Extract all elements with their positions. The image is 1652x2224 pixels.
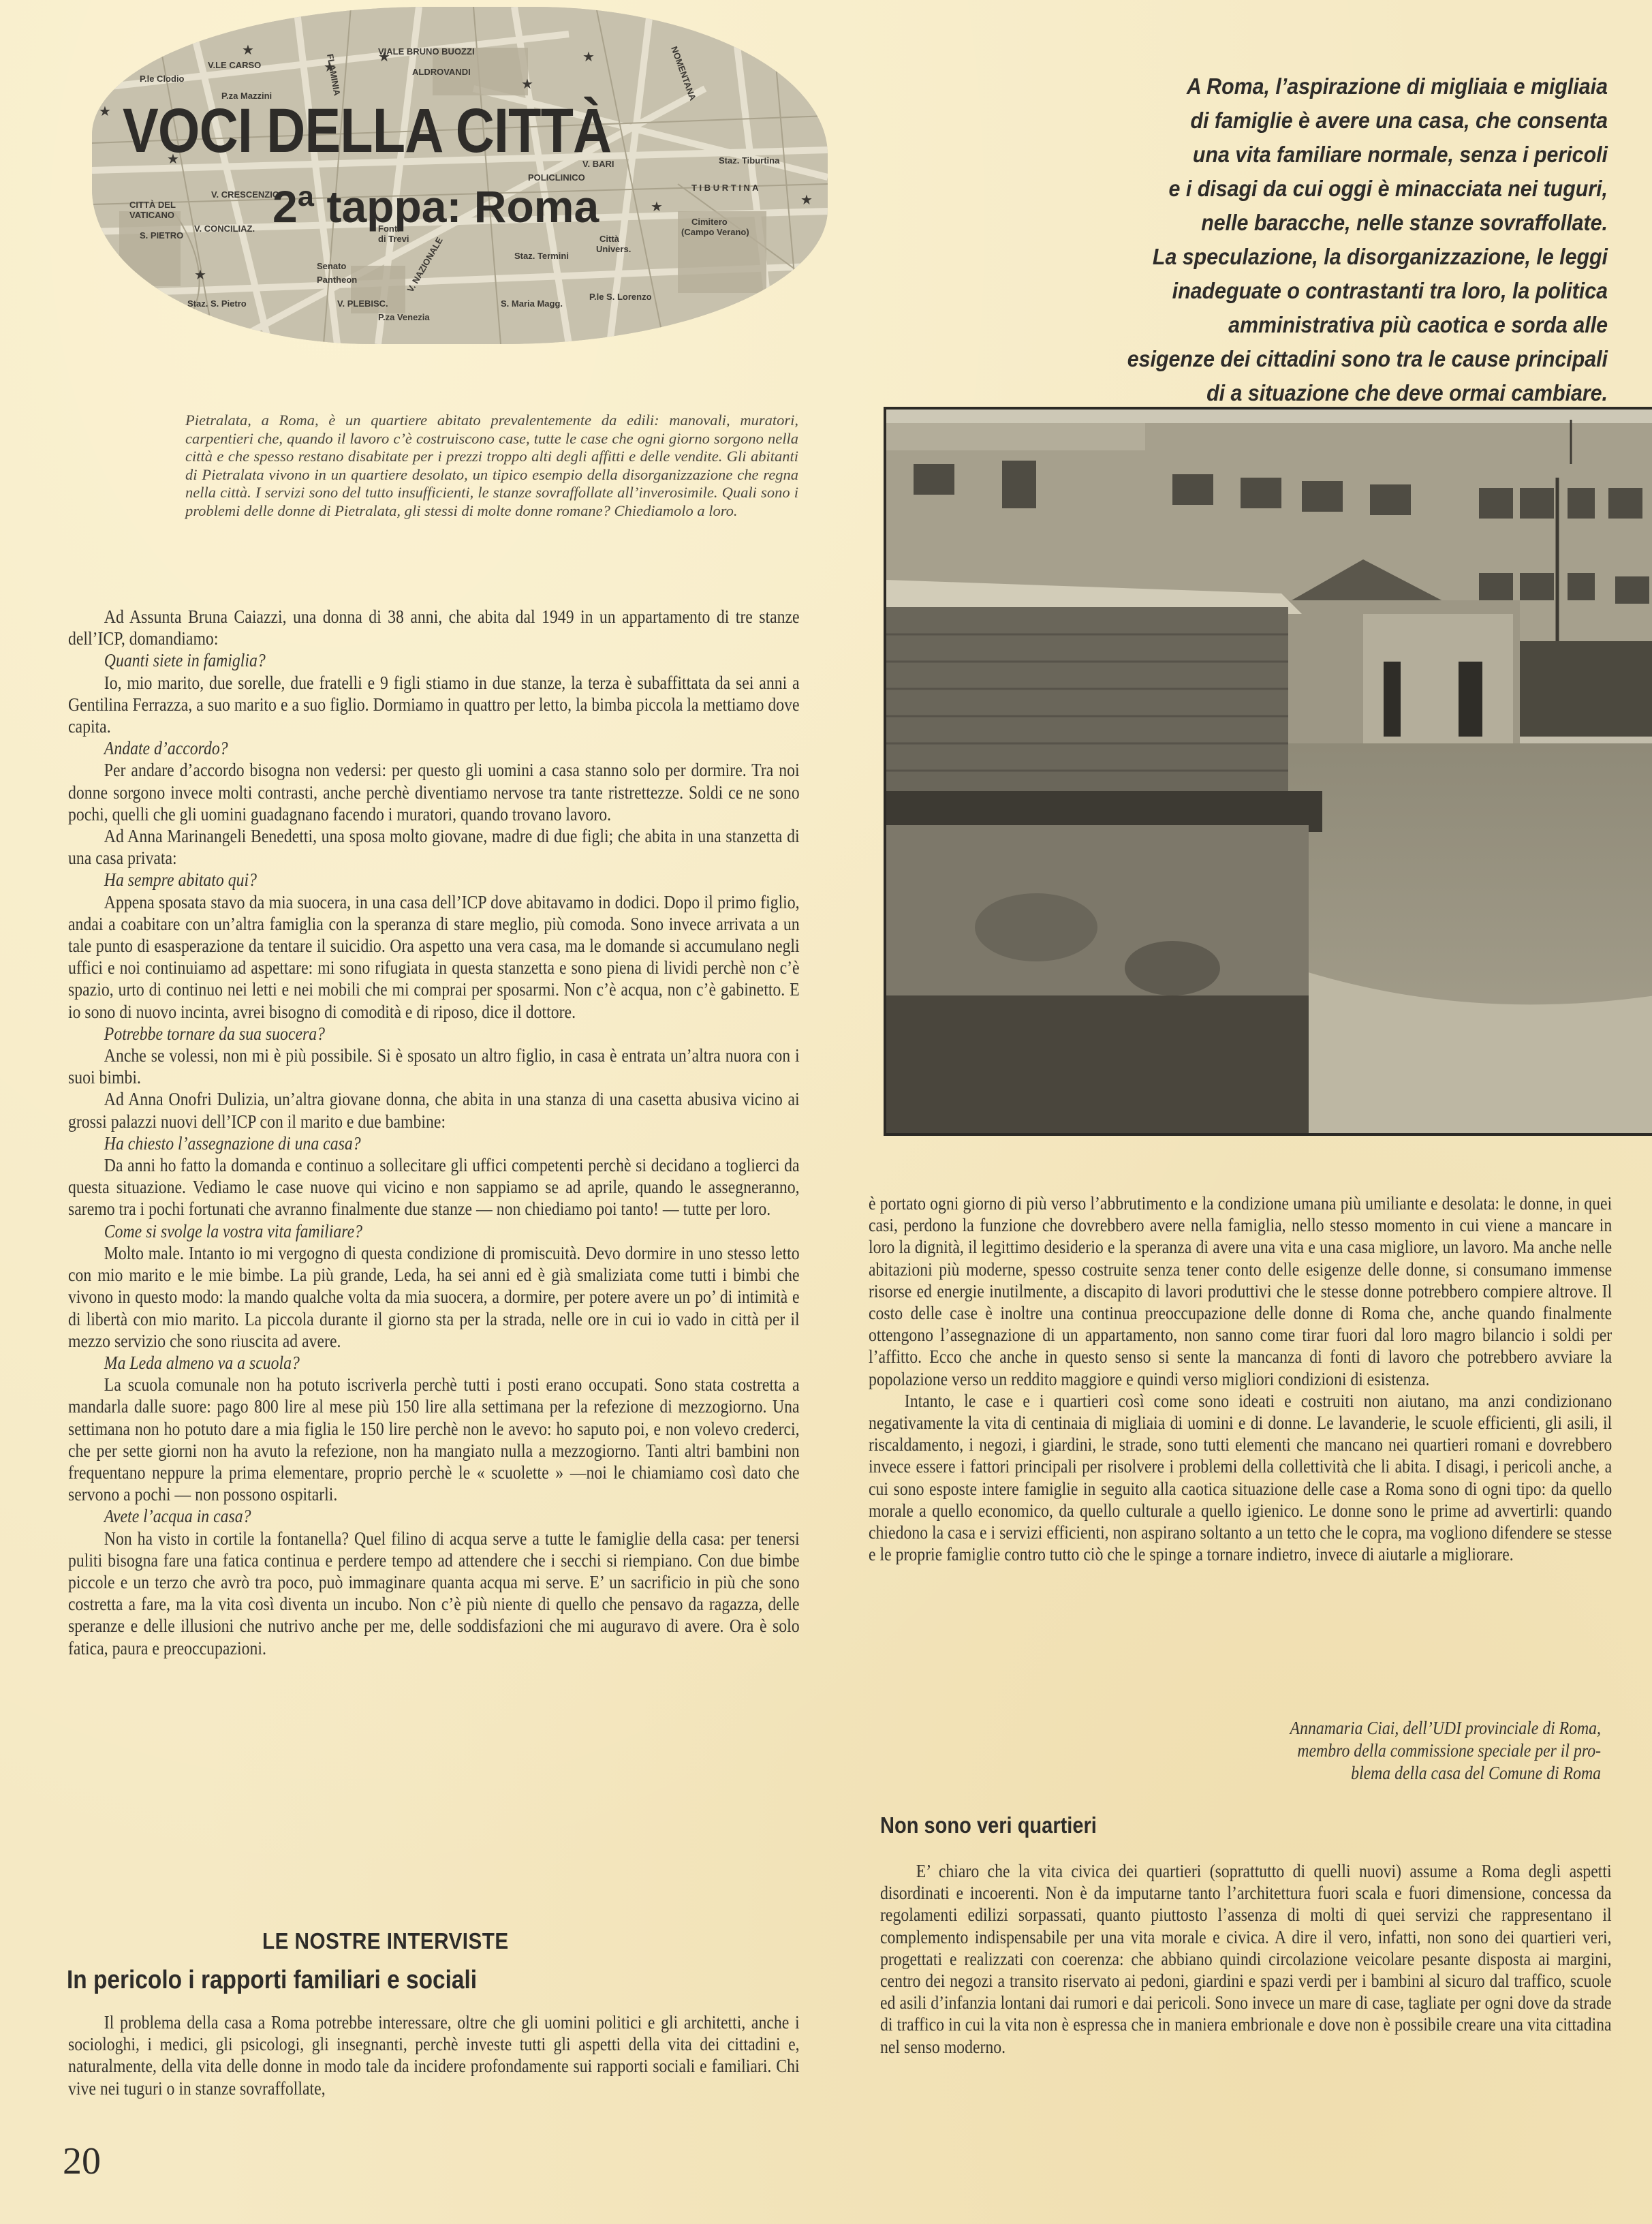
svg-text:V. CONCILIAZ.: V. CONCILIAZ. — [194, 223, 255, 234]
paragraph: Appena sposata stavo da mia suocera, in … — [68, 891, 800, 1023]
svg-text:CITTÀ DEL: CITTÀ DEL — [129, 200, 176, 210]
svg-text:V.LE CARSO: V.LE CARSO — [208, 60, 261, 70]
standfirst-line: nelle baracche, nelle stanze sovraffolla… — [975, 206, 1608, 240]
standfirst-line: amministrativa più caotica e sorda alle — [975, 308, 1608, 342]
standfirst-line: una vita familiare normale, senza i peri… — [975, 138, 1608, 172]
svg-text:★: ★ — [800, 193, 813, 208]
paragraph: Ad Anna Onofri Dulizia, un’altra giovane… — [68, 1088, 800, 1132]
interview-question: Come si svolge la vostra vita familiare? — [68, 1220, 800, 1242]
standfirst-line: di a situazione che deve ormai cambiare. — [975, 376, 1608, 410]
svg-text:V. PLEBISC.: V. PLEBISC. — [337, 298, 388, 309]
paragraph: Ad Assunta Bruna Caiazzi, una donna di 3… — [68, 606, 800, 649]
svg-text:P.le Clodio: P.le Clodio — [140, 74, 185, 84]
standfirst-line: inadeguate o contrastanti tra loro, la p… — [975, 274, 1608, 308]
standfirst-line: e i disagi da cui oggi è minacciata nei … — [975, 172, 1608, 206]
svg-text:★: ★ — [194, 268, 206, 283]
svg-text:★: ★ — [99, 104, 111, 119]
paragraph: E’ chiaro che la vita civica dei quartie… — [880, 1860, 1612, 2058]
paragraph: Anche se volessi, non mi è più possibile… — [68, 1045, 800, 1088]
article-body-right-bottom: E’ chiaro che la vita civica dei quartie… — [880, 1860, 1612, 2058]
interviews-column: Ad Assunta Bruna Caiazzi, una donna di 3… — [68, 606, 800, 1659]
interview-question: Potrebbe tornare da sua suocera? — [68, 1023, 800, 1045]
paragraph: La scuola comunale non ha potuto iscrive… — [68, 1374, 800, 1505]
paragraph: Non ha visto in cortile la fontanella? Q… — [68, 1528, 800, 1659]
svg-text:VATICANO: VATICANO — [129, 210, 174, 220]
svg-text:Staz. Termini: Staz. Termini — [514, 251, 569, 261]
interview-question: Ha sempre abitato qui? — [68, 869, 800, 891]
signature-line: Annamaria Ciai, dell’UDI provinciale di … — [1067, 1717, 1601, 1740]
subheading-not-real-neighborhoods: Non sono veri quartieri — [880, 1812, 1097, 1838]
svg-text:S. PIETRO: S. PIETRO — [140, 230, 183, 241]
paragraph: Ad Anna Marinangeli Benedetti, una sposa… — [68, 825, 800, 869]
svg-text:★: ★ — [582, 50, 595, 65]
interview-question: Ma Leda almeno va a scuola? — [68, 1352, 800, 1374]
standfirst-line: La speculazione, la disorganizzazione, l… — [975, 240, 1608, 274]
svg-text:(Campo Verano): (Campo Verano) — [681, 227, 749, 237]
paragraph: Per andare d’accordo bisogna non vedersi… — [68, 759, 800, 825]
page-title: VOCI DELLA CITTÀ — [123, 95, 720, 167]
interview-question: Quanti siete in famiglia? — [68, 649, 800, 671]
svg-text:V. CRESCENZIO: V. CRESCENZIO — [211, 189, 279, 200]
svg-text:ALDROVANDI: ALDROVANDI — [412, 67, 471, 77]
svg-text:Univers.: Univers. — [596, 244, 631, 254]
svg-text:di Trevi: di Trevi — [378, 234, 409, 244]
svg-text:S. Maria Magg.: S. Maria Magg. — [501, 298, 563, 309]
svg-text:★: ★ — [378, 50, 390, 65]
svg-text:Staz. S. Pietro: Staz. S. Pietro — [187, 298, 247, 309]
svg-text:P.le S. Lorenzo: P.le S. Lorenzo — [589, 292, 652, 302]
article-body-left: Il problema della casa a Roma potrebbe i… — [68, 2011, 800, 2099]
subheading-family-relations: In pericolo i rapporti familiari e socia… — [67, 1966, 477, 1995]
paragraph: Da anni ho fatto la domanda e continuo a… — [68, 1154, 800, 1220]
paragraph: Io, mio marito, due sorelle, due fratell… — [68, 672, 800, 738]
interview-question: Andate d’accordo? — [68, 737, 800, 759]
svg-text:Osservatorio: Osservatorio — [133, 26, 187, 36]
article-body-right: è portato ogni giorno di più verso l’abb… — [869, 1192, 1612, 1565]
svg-text:Pantheon: Pantheon — [317, 275, 357, 285]
svg-text:T I B U R T I N A: T I B U R T I N A — [691, 183, 759, 193]
interview-question: Avete l’acqua in casa? — [68, 1505, 800, 1527]
section-heading: LE NOSTRE INTERVISTE — [262, 1928, 509, 1954]
standfirst-line: di famiglie è avere una casa, che consen… — [975, 104, 1608, 138]
standfirst: A Roma, l’aspirazione di migliaia e migl… — [975, 69, 1608, 410]
signature-line: blema della casa del Comune di Roma — [1067, 1762, 1601, 1785]
svg-text:Città: Città — [599, 234, 620, 244]
svg-text:★: ★ — [521, 77, 533, 92]
interview-question: Ha chiesto l’assegnazione di una casa? — [68, 1132, 800, 1154]
svg-text:VIALE BRUNO BUOZZI: VIALE BRUNO BUOZZI — [378, 46, 475, 57]
page-number: 20 — [63, 2140, 101, 2183]
svg-text:Cimitero: Cimitero — [691, 217, 728, 227]
paragraph: Intanto, le case e i quartieri così come… — [869, 1390, 1612, 1566]
intro-paragraph: Pietralata, a Roma, è un quartiere abita… — [185, 412, 798, 520]
photograph-pietralata-shacks — [884, 407, 1652, 1136]
standfirst-line: A Roma, l’aspirazione di migliaia e migl… — [975, 69, 1608, 104]
svg-text:★: ★ — [324, 60, 336, 75]
svg-text:Senato: Senato — [317, 261, 346, 271]
photo-image — [886, 410, 1652, 1133]
paragraph: Il problema della casa a Roma potrebbe i… — [68, 2011, 800, 2099]
paragraph: è portato ogni giorno di più verso l’abb… — [869, 1192, 1612, 1390]
svg-text:P.za Venezia: P.za Venezia — [378, 312, 430, 322]
page-subtitle: 2ª tappa: Roma — [272, 181, 599, 232]
svg-text:★: ★ — [651, 200, 663, 215]
svg-text:★: ★ — [242, 43, 254, 58]
paragraph: Molto male. Intanto io mi vergogno di qu… — [68, 1242, 800, 1352]
svg-text:Staz. Tiburtina: Staz. Tiburtina — [719, 155, 780, 166]
rome-street-map: Osservatorio V.LE CARSO P.le Clodio P.za… — [92, 7, 828, 344]
signature-line: membro della commissione speciale per il… — [1067, 1740, 1601, 1762]
map-header-illustration: Osservatorio V.LE CARSO P.le Clodio P.za… — [92, 7, 828, 344]
standfirst-line: esigenze dei cittadini sono tra le cause… — [975, 342, 1608, 376]
author-signature: Annamaria Ciai, dell’UDI provinciale di … — [1067, 1717, 1601, 1785]
